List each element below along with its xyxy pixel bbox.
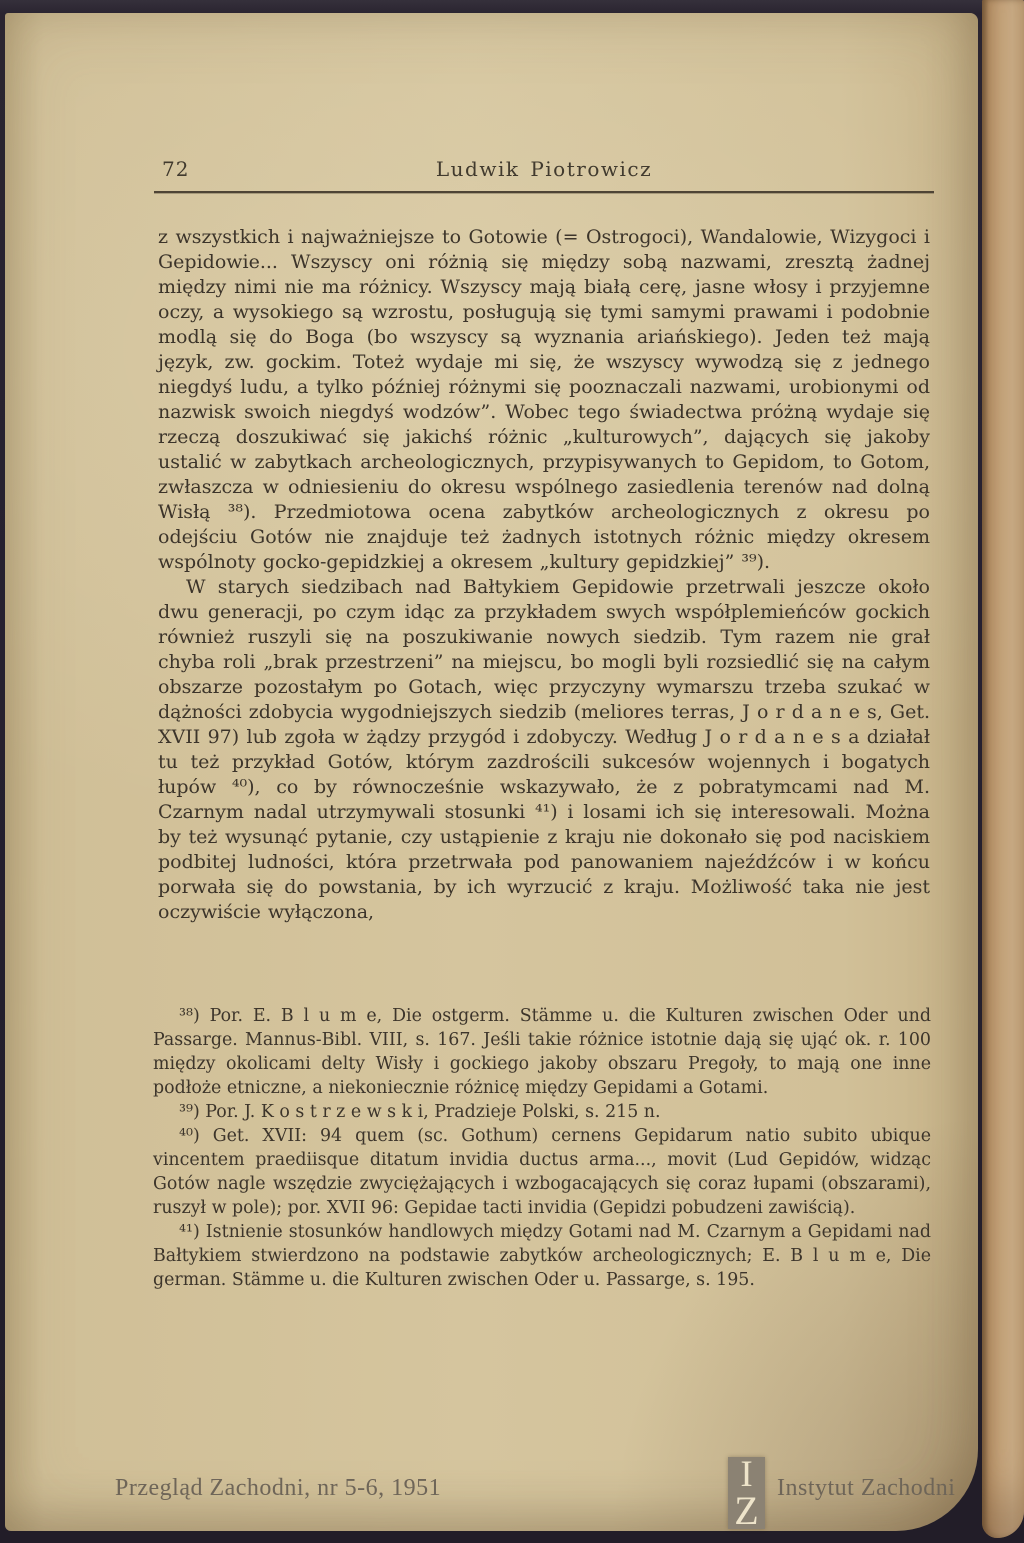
footnote-40: ⁴⁰) Get. XVII: 94 quem (sc. Gothum) cern… [153,1124,931,1220]
journal-citation: Przegląd Zachodni, nr 5-6, 1951 [115,1475,441,1502]
footnote-39: ³⁹) Por. J. K o s t r z e w s k i, Pradz… [153,1100,931,1124]
paragraph-1: z wszystkich i najważniejsze to Gotowie … [158,225,930,575]
body-text: z wszystkich i najważniejsze to Gotowie … [158,225,930,925]
institute-logo: I Z [728,1457,765,1529]
footnote-38: ³⁸) Por. E. B l u m e, Die ostgerm. Stäm… [153,1004,931,1100]
adjacent-page-edge [982,0,1024,1538]
header-rule [154,191,934,193]
paper-page: 72 Ludwik Piotrowicz z wszystkich i najw… [5,13,978,1531]
institute-name: Instytut Zachodni [777,1475,955,1502]
running-head: Ludwik Piotrowicz [158,157,930,181]
page-header: 72 Ludwik Piotrowicz [158,157,930,183]
logo-letter-z: Z [728,1490,765,1532]
footnote-41: ⁴¹) Istnienie stosunków handlowych międz… [153,1220,931,1292]
footnotes-section: ³⁸) Por. E. B l u m e, Die ostgerm. Stäm… [153,1004,931,1292]
scanned-book-spread: 72 Ludwik Piotrowicz z wszystkich i najw… [0,0,1024,1543]
paragraph-2: W starych siedzibach nad Bałtykiem Gepid… [158,575,930,925]
